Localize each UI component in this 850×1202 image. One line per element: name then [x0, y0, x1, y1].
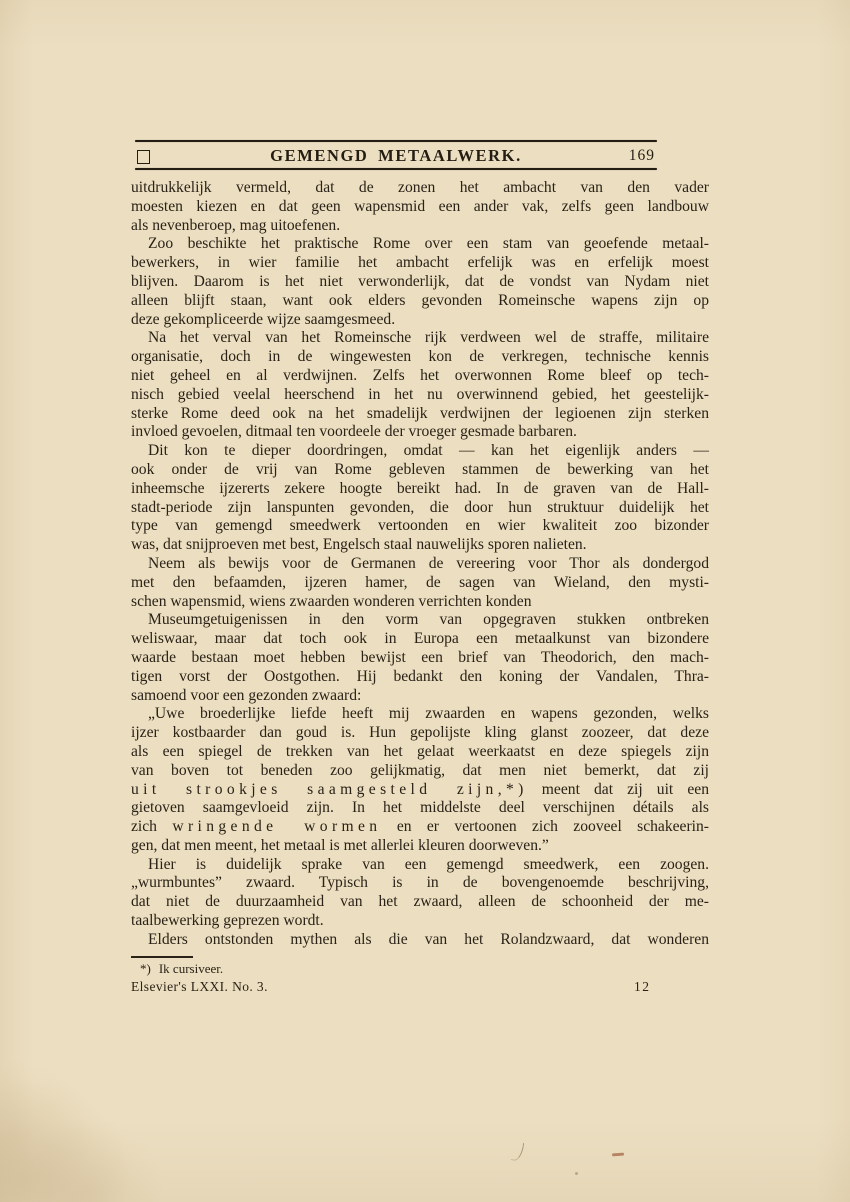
text-segment: zich — [131, 818, 172, 835]
scan-smudge-dot — [575, 1172, 578, 1175]
text-line: Elders ontstonden mythen als die van het… — [131, 931, 709, 950]
text-line: met den befaamden, ijzeren hamer, de sag… — [131, 574, 709, 593]
text-line: niet geheel en al verdwijnen. Zelfs het … — [131, 367, 709, 386]
page-number: 169 — [629, 147, 655, 165]
running-title: GEMENGD METAALWERK. — [135, 146, 657, 166]
text-line: gen, dat men meent, het metaal is met al… — [131, 837, 709, 856]
scanned-book-page: GEMENGD METAALWERK. 169 uitdrukkelijk ve… — [0, 0, 850, 1202]
text-line: sterke Rome deed ook na het smadelijk ve… — [131, 405, 709, 424]
text-line: was, dat snijproeven met best, Engelsch … — [131, 536, 709, 555]
text-line: inheemsche ijzererts zekere hoogte berei… — [131, 480, 709, 499]
text-segment: meent dat zij uit een — [528, 781, 709, 798]
footnote: *)Ik cursiveer. — [140, 961, 223, 977]
header-rule-top — [135, 140, 657, 142]
paragraph: Elders ontstonden mythen als die van het… — [131, 931, 709, 950]
text-line: alleen blijft staan, want ook elders gev… — [131, 292, 709, 311]
text-line: als een spiegel de trekken van het gelaa… — [131, 743, 709, 762]
letterspaced-emphasis: uit strookjes saamgesteld zijn,*) — [131, 781, 528, 798]
text-line: type van gemengd smeedwerk vertoonden en… — [131, 517, 709, 536]
paragraph: uitdrukkelijk vermeld, dat de zonen het … — [131, 179, 709, 235]
text-line: moesten kiezen en dat geen wapensmid een… — [131, 198, 709, 217]
text-line: ook onder de vrij van Rome gebleven stam… — [131, 461, 709, 480]
text-line: blijven. Daarom is het niet verwonderlij… — [131, 273, 709, 292]
text-line: schen wapensmid, wiens zwaarden wonderen… — [131, 593, 709, 612]
text-line: gietoven saamgevloeid zijn. In het midde… — [131, 799, 709, 818]
footnote-text: Ik cursiveer. — [159, 961, 223, 976]
text-line: deze gekompliceerde wijze saamgesmeed. — [131, 311, 709, 330]
scan-smudge-squiggle — [511, 1141, 525, 1161]
text-line: tigen vorst der Oostgothen. Hij bedankt … — [131, 668, 709, 687]
text-line: Hier is duidelijk sprake van een gemengd… — [131, 856, 709, 875]
text-line: taalbewerking geprezen wordt. — [131, 912, 709, 931]
text-line: samoend voor een gezonden zwaard: — [131, 687, 709, 706]
text-line: bewerkers, in wier familie het ambacht e… — [131, 254, 709, 273]
text-line: weliswaar, maar dat toch ook in Europa e… — [131, 630, 709, 649]
paragraph: Museumgetuigenissen in den vorm van opge… — [131, 611, 709, 705]
text-line: „wurmbuntes” zwaard. Typisch is in de bo… — [131, 874, 709, 893]
text-line: Neem als bewijs voor de Germanen de vere… — [131, 555, 709, 574]
header-rule-bottom — [135, 168, 657, 170]
text-line: invloed gevoelen, ditmaal ten voordeele … — [131, 423, 709, 442]
scan-smudge-red-dash — [612, 1153, 624, 1157]
text-line: Museumgetuigenissen in den vorm van opge… — [131, 611, 709, 630]
text-line: uit strookjes saamgesteld zijn,*) meent … — [131, 781, 709, 800]
footnote-marker: *) — [140, 961, 151, 976]
text-line: ijzer kostbaarder dan goud is. Hun gepol… — [131, 724, 709, 743]
text-line: dat niet de duurzaamheid van het zwaard,… — [131, 893, 709, 912]
text-segment: en er vertoonen zich zooveel schakeerin- — [381, 818, 709, 835]
text-line: zich wringende wormen en er vertoonen zi… — [131, 818, 709, 837]
imprint-line: Elsevier's LXXI. No. 3. — [131, 979, 268, 995]
header-row: GEMENGD METAALWERK. 169 — [135, 146, 657, 166]
text-line: waarde bestaan moet hebben bewijst een b… — [131, 649, 709, 668]
text-line: organisatie, doch in de wingewesten kon … — [131, 348, 709, 367]
text-line: uitdrukkelijk vermeld, dat de zonen het … — [131, 179, 709, 198]
paragraph: „Uwe broederlijke liefde heeft mij zwaar… — [131, 705, 709, 855]
text-line: „Uwe broederlijke liefde heeft mij zwaar… — [131, 705, 709, 724]
paragraph: Na het verval van het Romeinsche rijk ve… — [131, 329, 709, 442]
paragraph: Hier is duidelijk sprake van een gemengd… — [131, 856, 709, 931]
footnote-rule — [131, 956, 193, 958]
text-line: stadt-periode zijn lanspunten gevonden, … — [131, 499, 709, 518]
text-line: als nevenberoep, mag uitoefenen. — [131, 217, 709, 236]
text-line: Dit kon te dieper doordringen, omdat — k… — [131, 442, 709, 461]
paragraph: Zoo beschikte het praktische Rome over e… — [131, 235, 709, 329]
paragraph: Neem als bewijs voor de Germanen de vere… — [131, 555, 709, 611]
folio-number: 12 — [634, 979, 651, 995]
paragraph: Dit kon te dieper doordringen, omdat — k… — [131, 442, 709, 555]
text-line: van boven tot beneden zoo gelijkmatig, d… — [131, 762, 709, 781]
text-line: Na het verval van het Romeinsche rijk ve… — [131, 329, 709, 348]
paper-mottle — [0, 1052, 220, 1202]
body-text: uitdrukkelijk vermeld, dat de zonen het … — [131, 179, 709, 950]
text-line: Zoo beschikte het praktische Rome over e… — [131, 235, 709, 254]
letterspaced-emphasis: wringende wormen — [172, 818, 381, 835]
text-line: nisch gebied veelal heerschend in het nu… — [131, 386, 709, 405]
page-header: GEMENGD METAALWERK. 169 — [135, 138, 657, 174]
